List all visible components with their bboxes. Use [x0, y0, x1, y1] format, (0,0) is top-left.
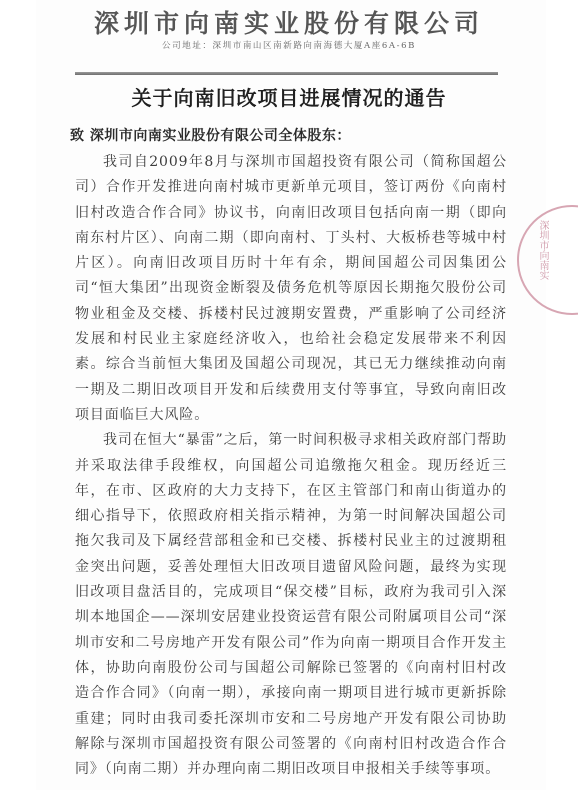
paragraph: 我司自2009年8月与深圳市国超投资有限公司（简称国超公司）合作开发推进向南村城… [75, 150, 507, 428]
notice-body: 我司自2009年8月与深圳市国超投资有限公司（简称国超公司）合作开发推进向南村城… [75, 150, 507, 782]
company-address: 公司地址：深圳市南山区南新路向南海德大厦A座6A-6B [0, 39, 578, 51]
salutation: 致 深圳市向南实业股份有限公司全体股东： [70, 125, 351, 145]
header-divider [75, 72, 498, 75]
seal-text: 深圳市向南实 [528, 220, 548, 280]
paragraph: 我司在恒大“暴雷”之后，第一时间积极寻求相关政府部门帮助并采取法律手段维权，向国… [75, 428, 507, 782]
company-name: 深圳市向南实业股份有限公司 [0, 4, 578, 40]
notice-title: 关于向南旧改项目进展情况的通告 [0, 82, 578, 111]
